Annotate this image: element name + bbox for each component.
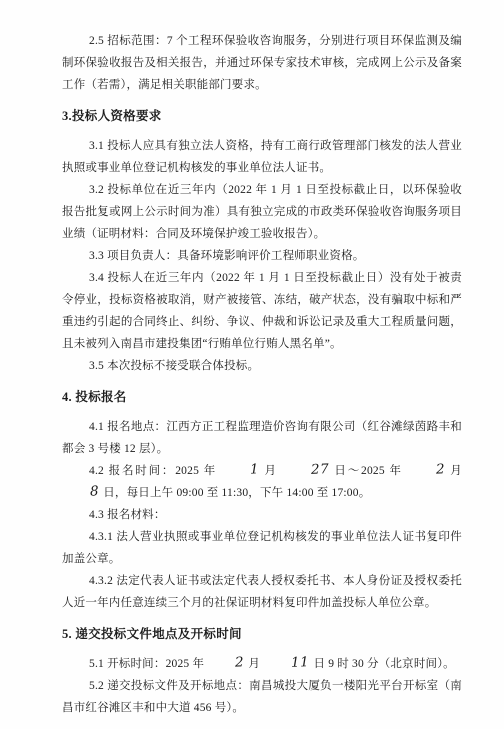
registration-time-text: 月 [265,465,278,477]
handwritten-end-day: 8 [62,491,100,492]
handwritten-opening-day: 11 [263,662,310,664]
paragraph-3-1-legal-person-qualification: 3.1 投标人应具有独立法人资格，持有工商行政管理部门核发的法人营业执照或事业单… [62,135,462,179]
registration-time-text: 日～2025 年 [334,465,402,477]
opening-time-text: 日 9 时 30 分（北京时间）。 [313,658,454,670]
paragraph-4-1-registration-location: 4.1 报名地点：江西方正工程监理造价咨询有限公司（红谷滩绿茵路丰和都会 3 号… [62,416,462,460]
scanned-document-page: 2.5 招标范围：7 个工程环保验收咨询服务，分别进行项目环保监测及编制环保验收… [0,0,504,729]
paragraph-5-2-submission-location: 5.2 递交投标文件及开标地点：南昌城投大厦负一楼阳光平台开标室（南昌市红谷滩区… [62,675,462,719]
opening-time-text: 5.1 开标时间：2025 年 [89,658,204,670]
paragraph-3-3-project-leader: 3.3 项目负责人：具备环境影响评价工程师职业资格。 [62,245,462,267]
section-heading-5-submission-and-opening: 5. 递交投标文件地点及开标时间 [62,623,462,646]
registration-time-text: 日，每日上午 09:00 至 11:30，下午 14:00 至 17:00。 [103,487,370,499]
paragraph-4-3-registration-materials: 4.3 报名材料： [62,504,462,526]
paragraph-3-4-no-violations: 3.4 投标人在近三年内（2022 年 1 月 1 日至投标截止日）没有处于被责… [62,267,462,355]
paragraph-5-1-bid-opening-time: 5.1 开标时间：2025 年 2 月 11 日 9 时 30 分（北京时间）。 [62,653,462,675]
handwritten-opening-month: 2 [207,662,245,663]
paragraph-4-3-2-representative-certificates: 4.3.2 法定代表人证书或法定代表人授权委托书、本人身份证及授权委托人近一年内… [62,570,462,614]
section-heading-4-bid-registration: 4. 投标报名 [62,386,462,409]
registration-time-text: 月 [450,465,462,477]
handwritten-start-month: 1 [222,469,260,470]
paragraph-3-5-no-consortium: 3.5 本次投标不接受联合体投标。 [62,355,462,377]
paragraph-4-2-registration-time: 4.2 报名时间：2025 年 1 月 27 日～2025 年 2 月 8 日，… [62,460,462,504]
paragraph-2-5-tender-scope: 2.5 招标范围：7 个工程环保验收咨询服务，分别进行项目环保监测及编制环保验收… [62,30,462,96]
paragraph-3-2-performance-record: 3.2 投标单位在近三年内（2022 年 1 月 1 日至投标截止日，以环保验收… [62,179,462,245]
opening-time-text: 月 [248,658,260,670]
handwritten-start-day: 27 [283,469,330,471]
section-heading-3-bidder-qualifications: 3.投标人资格要求 [62,105,462,128]
handwritten-end-month: 2 [408,469,446,470]
registration-time-text: 4.2 报名时间：2025 年 [89,465,217,477]
paragraph-4-3-1-business-license-copy: 4.3.1 法人营业执照或事业单位登记机构核发的事业单位法人证书复印件加盖公章。 [62,526,462,570]
